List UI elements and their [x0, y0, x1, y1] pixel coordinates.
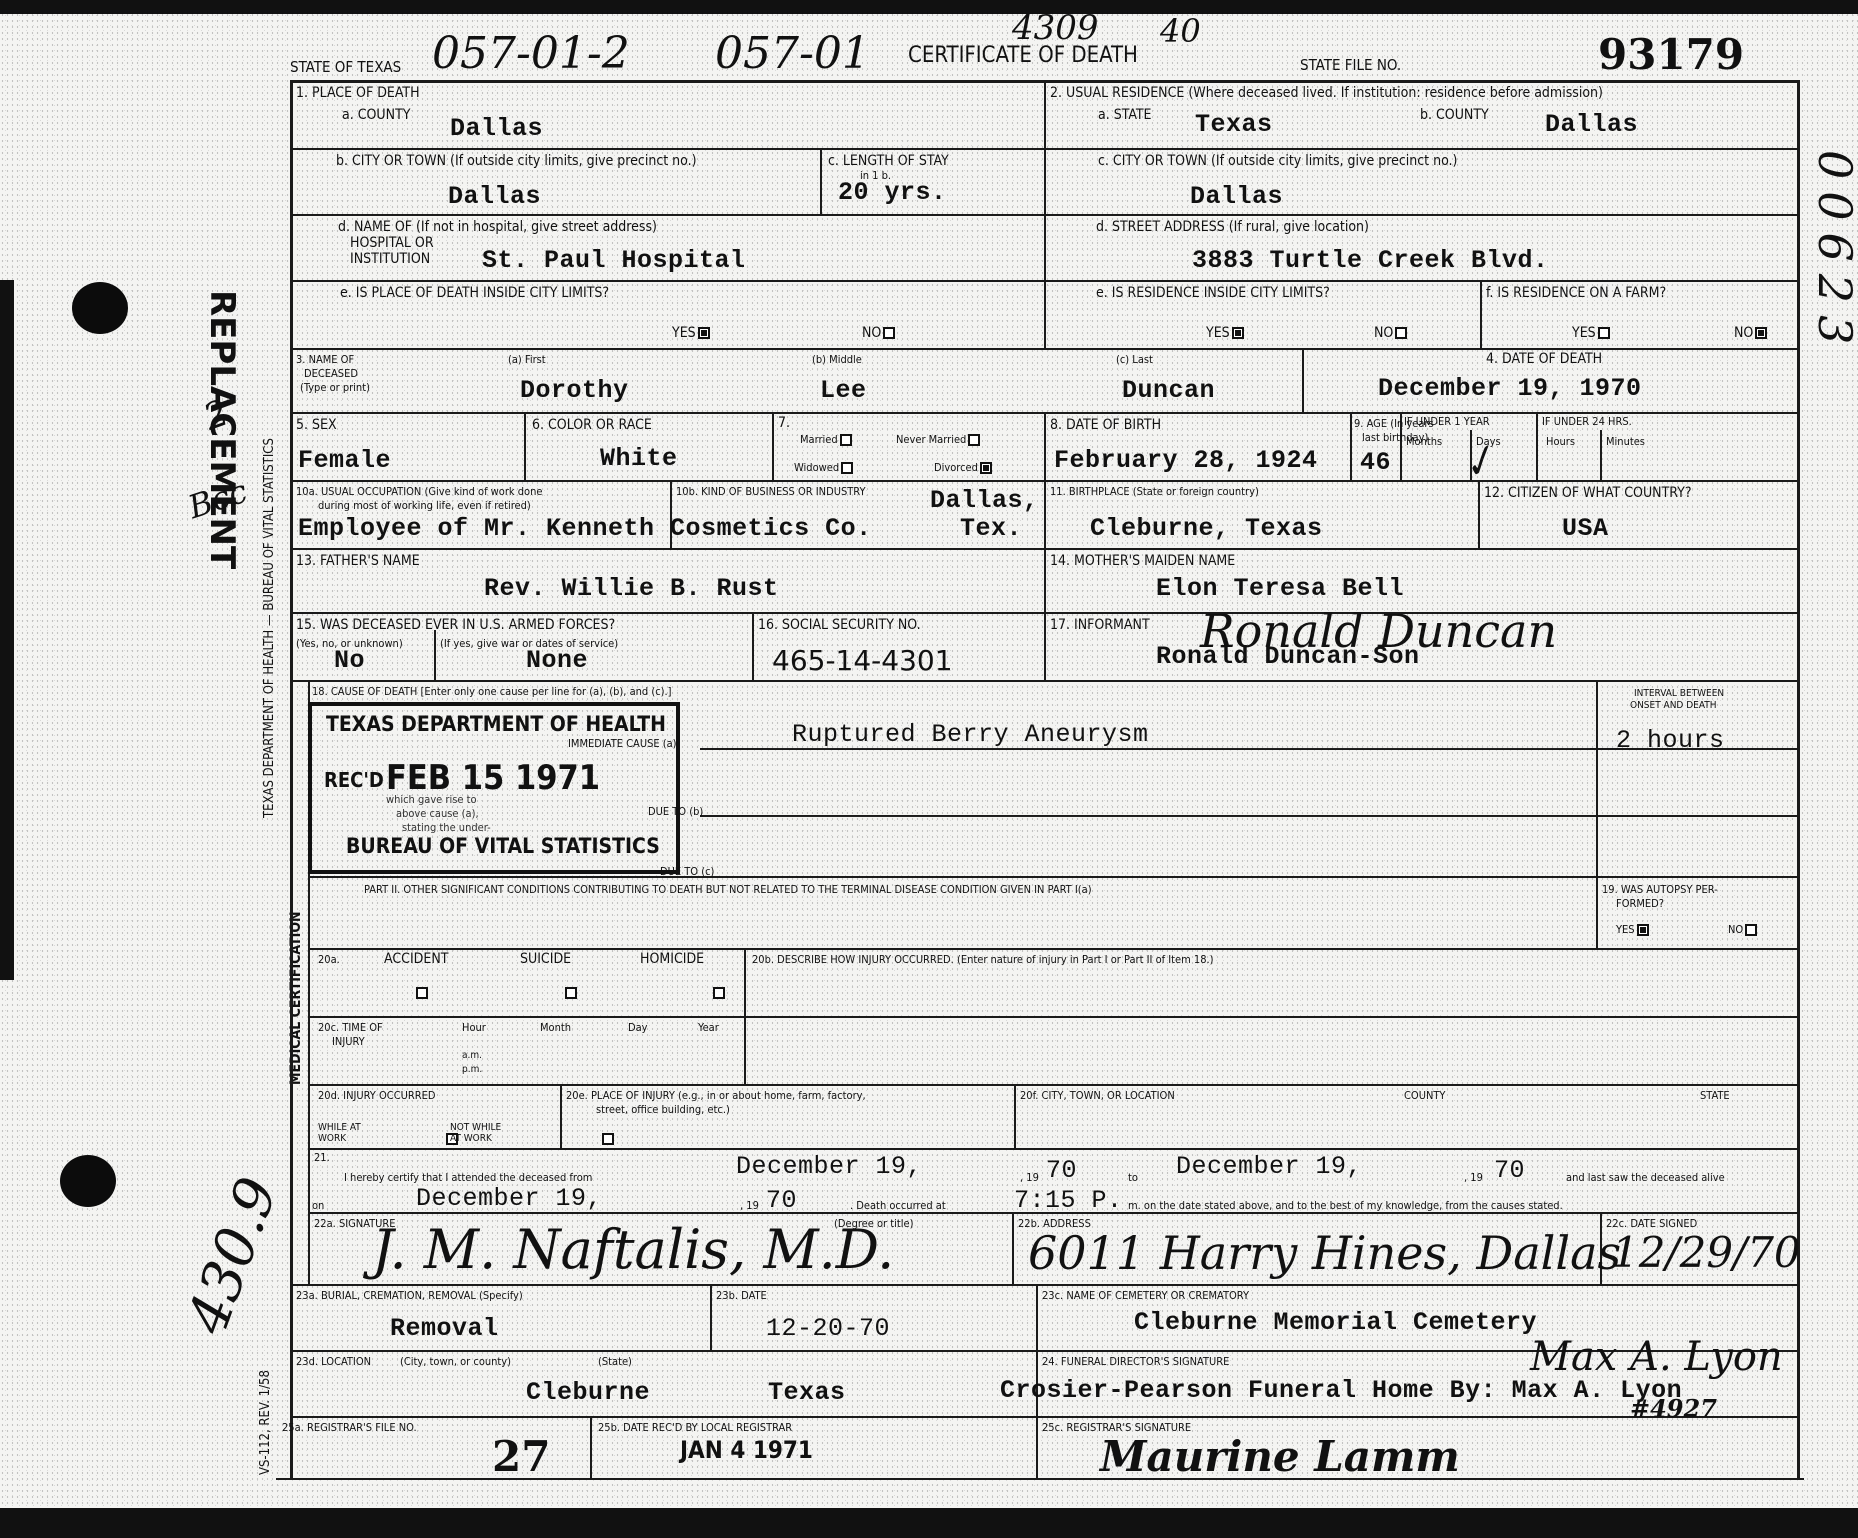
rule-v — [1536, 412, 1538, 480]
length-of-stay-label: c. LENGTH OF STAY — [828, 154, 949, 169]
physician-address: 6011 Harry Hines, Dallas — [1028, 1226, 1621, 1280]
father-field[interactable]: Rev. Willie B. Rust — [484, 574, 779, 603]
checkbox-unchecked[interactable] — [840, 434, 852, 446]
citizen-field[interactable]: USA — [1562, 514, 1609, 543]
attended-from-date[interactable]: December 19, — [736, 1152, 922, 1181]
autopsy-label-2: FORMED? — [1616, 898, 1664, 910]
residence-county-label: b. COUNTY — [1420, 108, 1489, 123]
rule-v — [1012, 1212, 1014, 1284]
age-field[interactable]: 46 — [1360, 448, 1391, 477]
handwritten-code-1: 057-01-2 — [432, 28, 630, 79]
rule-v — [590, 1416, 592, 1480]
physician-signature: J. M. Naftalis, M.D. — [372, 1218, 894, 1281]
injury-city-label: 20f. CITY, TOWN, OR LOCATION — [1020, 1090, 1175, 1102]
farm-yes[interactable]: YES — [1572, 326, 1610, 341]
dob-field[interactable]: February 28, 1924 — [1054, 446, 1318, 475]
checkbox-unchecked[interactable] — [1745, 924, 1757, 936]
homicide-checkbox[interactable] — [713, 987, 725, 999]
rule-v — [752, 612, 754, 680]
stamp-bureau: BUREAU OF VITAL STATISTICS — [346, 834, 660, 858]
rule — [310, 876, 1800, 878]
business-field-1[interactable]: Dallas, — [930, 486, 1039, 515]
not-while-at-work-label: NOT WHILEAT WORK — [450, 1122, 501, 1144]
months-label: Months — [1406, 436, 1442, 448]
rule-v — [434, 630, 436, 680]
sex-label: 5. SEX — [296, 418, 337, 433]
residence-inside-limits-yes[interactable]: YES — [1206, 326, 1244, 341]
time-of-injury-label-2: INJURY — [332, 1036, 365, 1048]
hour-label: Hour — [462, 1022, 486, 1034]
hospital-field[interactable]: St. Paul Hospital — [482, 246, 746, 275]
cemetery-field[interactable]: Cleburne Memorial Cemetery — [1134, 1308, 1537, 1337]
funeral-director-signature: Max A. Lyon — [1530, 1334, 1783, 1380]
registrar-date-field[interactable]: JAN 4 1971 — [680, 1436, 813, 1464]
certify-text-3: m. on the date stated above, and to the … — [1128, 1200, 1563, 1212]
received-stamp: TEXAS DEPARTMENT OF HEALTH REC'D FEB 15 … — [308, 702, 680, 874]
never-married-option[interactable]: Never Married — [896, 434, 980, 446]
business-field-2[interactable]: Tex. — [960, 514, 1022, 543]
death-time-field[interactable]: 7:15 P. — [1014, 1186, 1123, 1215]
state-label: STATE OF TEXAS — [290, 60, 401, 75]
name-label-3: (Type or print) — [300, 382, 370, 394]
date-of-death-label: 4. DATE OF DEATH — [1486, 352, 1602, 367]
under-year-label: IF UNDER 1 YEAR — [1404, 416, 1490, 428]
autopsy-no[interactable]: NO — [1728, 924, 1757, 936]
length-of-stay-field[interactable]: 20 yrs. — [838, 178, 947, 207]
on-year-prefix: , 19 — [740, 1200, 759, 1212]
widowed-option[interactable]: Widowed — [794, 462, 853, 474]
registrar-file-label: 25a. REGISTRAR'S FILE NO. — [282, 1422, 417, 1434]
location-city-sublabel: (City, town, or county) — [400, 1356, 511, 1368]
residence-county-field[interactable]: Dallas — [1545, 110, 1638, 139]
rule-v — [524, 412, 526, 480]
date-of-death-field[interactable]: December 19, 1970 — [1378, 374, 1642, 403]
last-name-field[interactable]: Duncan — [1122, 376, 1215, 405]
armed-forces-label: 15. WAS DECEASED EVER IN U.S. ARMED FORC… — [296, 618, 615, 633]
rule-v — [1600, 430, 1602, 480]
part-2-label: PART II. OTHER SIGNIFICANT CONDITIONS CO… — [364, 884, 1092, 896]
place-of-death-label: 1. PLACE OF DEATH — [296, 86, 420, 101]
location-state-field[interactable]: Texas — [768, 1378, 846, 1407]
not-while-at-work-checkbox[interactable] — [602, 1133, 614, 1145]
first-name-field[interactable]: Dorothy — [520, 376, 629, 405]
place-of-injury-label-2: street, office building, etc.) — [596, 1104, 730, 1116]
checkbox-checked[interactable] — [1755, 327, 1767, 339]
checkbox-checked[interactable] — [1637, 924, 1649, 936]
informant-field[interactable]: Ronald Duncan-Son — [1156, 642, 1420, 671]
hospital-label: d. NAME OF (If not in hospital, give str… — [338, 220, 657, 235]
rule-v — [710, 1284, 712, 1350]
rule — [310, 948, 1800, 950]
name-label-1: 3. NAME OF — [296, 354, 354, 366]
burial-label: 23a. BURIAL, CREMATION, REMOVAL (Specify… — [296, 1290, 523, 1302]
ssn-field[interactable]: 465-14-4301 — [772, 644, 953, 677]
date-signed-field: 12/29/70 — [1612, 1228, 1801, 1277]
accident-checkbox[interactable] — [416, 987, 428, 999]
middle-name-label: (b) Middle — [812, 354, 862, 366]
injury-20a-label: 20a. — [318, 954, 340, 966]
armed-forces-field[interactable]: No — [334, 646, 365, 675]
rule-v — [1478, 480, 1480, 548]
death-county-field[interactable]: Dallas — [450, 114, 543, 143]
death-city-field[interactable]: Dallas — [448, 182, 541, 211]
disposition-date-label: 23b. DATE — [716, 1290, 767, 1302]
handwritten-code-2: 057-01 — [715, 28, 870, 79]
immediate-cause-field[interactable]: Ruptured Berry Aneurysm — [792, 720, 1149, 749]
handwritten-number-2: 40 — [1160, 12, 1201, 50]
interval-label-1: INTERVAL BETWEEN — [1634, 688, 1724, 699]
location-label: 23d. LOCATION — [296, 1356, 371, 1368]
cause-of-death-label: 18. CAUSE OF DEATH [Enter only one cause… — [312, 686, 672, 698]
informant-label: 17. INFORMANT — [1050, 618, 1150, 633]
scan-edge-bottom — [0, 1508, 1858, 1538]
business-label: 10b. KIND OF BUSINESS OR INDUSTRY — [676, 486, 865, 498]
last-seen-year[interactable]: 70 — [766, 1186, 797, 1215]
form-number: VS-112, REV. 1/58 — [258, 1370, 273, 1475]
describe-injury-label: 20b. DESCRIBE HOW INJURY OCCURRED. (Ente… — [752, 954, 1214, 966]
hours-label: Hours — [1546, 436, 1575, 448]
registrar-file-number[interactable]: 27 — [492, 1432, 550, 1481]
certify-text-2: and last saw the deceased alive — [1566, 1172, 1725, 1184]
funeral-director-field[interactable]: Crosier-Pearson Funeral Home By: Max A. … — [1000, 1376, 1682, 1405]
rule-v — [1036, 1416, 1038, 1480]
conditions-label-4: stating the under- — [402, 822, 491, 834]
ssn-label: 16. SOCIAL SECURITY NO. — [758, 618, 921, 633]
sex-field[interactable]: Female — [298, 446, 391, 475]
attended-to-year[interactable]: 70 — [1494, 1156, 1525, 1185]
certify-text-1: I hereby certify that I attended the dec… — [344, 1172, 592, 1184]
rule-v — [560, 1084, 562, 1148]
mother-label: 14. MOTHER'S MAIDEN NAME — [1050, 554, 1235, 569]
funeral-license: #4927 — [1630, 1394, 1717, 1423]
father-label: 13. FATHER'S NAME — [296, 554, 420, 569]
residence-state-label: a. STATE — [1098, 108, 1152, 123]
checkbox-checked[interactable] — [1232, 327, 1244, 339]
on-label: on — [312, 1200, 324, 1212]
residence-state-field[interactable]: Texas — [1195, 110, 1273, 139]
to-year-prefix: , 19 — [1464, 1172, 1483, 1184]
scan-edge-top — [0, 0, 1858, 14]
conditions-label-3: above cause (a), — [396, 808, 479, 820]
rule — [310, 1084, 1800, 1086]
rule-v — [1596, 680, 1598, 948]
suicide-checkbox[interactable] — [565, 987, 577, 999]
residence-inside-limits-no[interactable]: NO — [1374, 326, 1407, 341]
injury-county-label: COUNTY — [1404, 1090, 1445, 1102]
birthplace-label: 11. BIRTHPLACE (State or foreign country… — [1050, 486, 1259, 498]
citizen-label: 12. CITIZEN OF WHAT COUNTRY? — [1484, 486, 1692, 501]
residence-inside-limits-label: e. IS RESIDENCE INSIDE CITY LIMITS? — [1096, 286, 1330, 301]
residence-city-field[interactable]: Dallas — [1190, 182, 1283, 211]
farm-no[interactable]: NO — [1734, 326, 1767, 341]
registrar-signature: Maurine Lamm — [1100, 1432, 1460, 1481]
underline — [740, 816, 1590, 817]
usual-residence-label: 2. USUAL RESIDENCE (Where deceased lived… — [1050, 86, 1603, 101]
to-label: to — [1128, 1172, 1138, 1184]
middle-name-field[interactable]: Lee — [820, 376, 867, 405]
rule-v — [820, 148, 822, 214]
farm-label: f. IS RESIDENCE ON A FARM? — [1486, 286, 1666, 301]
city-label: b. CITY OR TOWN (If outside city limits,… — [336, 154, 697, 169]
divorced-option[interactable]: Divorced — [934, 462, 992, 474]
injury-state-label: STATE — [1700, 1090, 1730, 1102]
rule — [290, 1416, 1800, 1418]
interval-field[interactable]: 2 hours — [1616, 726, 1725, 755]
marital-label: 7. — [778, 416, 790, 431]
attended-from-year[interactable]: 70 — [1046, 1156, 1077, 1185]
rule-v — [1044, 412, 1046, 682]
service-field[interactable]: None — [526, 646, 588, 675]
rule-v — [1302, 348, 1304, 412]
autopsy-label-1: 19. WAS AUTOPSY PER- — [1602, 884, 1718, 896]
pm-label: p.m. — [462, 1064, 482, 1075]
occupation-field[interactable]: Employee of Mr. Kenneth Cosmetics Co. — [298, 514, 872, 543]
inside-city-limits-label: e. IS PLACE OF DEATH INSIDE CITY LIMITS? — [340, 286, 609, 301]
interval-label-2: ONSET AND DEATH — [1630, 700, 1716, 711]
checkbox-checked[interactable] — [698, 327, 710, 339]
rule-v — [772, 412, 774, 480]
name-label-2: DECEASED — [304, 368, 358, 380]
married-option[interactable]: Married — [800, 434, 852, 446]
checkbox-unchecked[interactable] — [968, 434, 980, 446]
funeral-director-label: 24. FUNERAL DIRECTOR'S SIGNATURE — [1042, 1356, 1229, 1368]
race-label: 6. COLOR OR RACE — [532, 418, 652, 433]
dob-label: 8. DATE OF BIRTH — [1050, 418, 1161, 433]
checkbox-unchecked[interactable] — [883, 327, 895, 339]
hospital-label-2: HOSPITAL OR — [350, 236, 434, 251]
street-address-field[interactable]: 3883 Turtle Creek Blvd. — [1192, 246, 1549, 275]
rule-v — [1044, 80, 1046, 348]
autopsy-yes[interactable]: YES — [1616, 924, 1649, 936]
last-name-label: (c) Last — [1116, 354, 1153, 366]
state-file-number: 93179 — [1598, 30, 1744, 79]
punch-hole-top — [72, 282, 128, 334]
year-label: Year — [698, 1022, 719, 1034]
checkbox-unchecked[interactable] — [1598, 327, 1610, 339]
handwritten-number-1: 4309 — [1012, 8, 1099, 48]
certification-number: 21. — [314, 1152, 330, 1164]
disposition-date-field[interactable]: 12-20-70 — [766, 1314, 890, 1343]
rule-v — [1014, 1084, 1016, 1148]
minutes-label: Minutes — [1606, 436, 1645, 448]
location-city-field[interactable]: Cleburne — [526, 1378, 650, 1407]
rule-v — [1350, 412, 1352, 480]
from-year-prefix: , 19 — [1020, 1172, 1039, 1184]
occupation-label-1: 10a. USUAL OCCUPATION (Give kind of work… — [296, 486, 542, 498]
rule — [290, 1284, 1800, 1286]
race-field[interactable]: White — [600, 444, 678, 473]
rule-v — [1480, 280, 1482, 348]
while-at-work-label: WHILE ATWORK — [318, 1122, 361, 1144]
death-inside-limits-no[interactable]: NO — [862, 326, 895, 341]
cemetery-label: 23c. NAME OF CEMETERY OR CREMATORY — [1042, 1290, 1249, 1302]
stamp-department: TEXAS DEPARTMENT OF HEALTH — [326, 712, 666, 736]
checkbox-unchecked[interactable] — [841, 462, 853, 474]
place-of-injury-label-1: 20e. PLACE OF INJURY (e.g., in or about … — [566, 1090, 866, 1102]
death-inside-limits-yes[interactable]: YES — [672, 326, 710, 341]
punch-hole-bottom — [60, 1155, 116, 1207]
month-label: Month — [540, 1022, 571, 1034]
state-file-label: STATE FILE NO. — [1300, 58, 1401, 73]
checkbox-checked[interactable] — [980, 462, 992, 474]
right-margin-handwritten: 00623 — [1808, 150, 1858, 356]
stamp-date: FEB 15 1971 — [386, 758, 600, 798]
county-label: a. COUNTY — [342, 108, 410, 123]
checkbox-unchecked[interactable] — [1395, 327, 1407, 339]
location-state-sublabel: (State) — [598, 1356, 632, 1368]
conditions-label-2: which gave rise to — [386, 794, 477, 806]
scan-edge-left — [0, 280, 14, 980]
underline — [770, 748, 1590, 749]
rule — [310, 1148, 1800, 1150]
street-address-label: d. STREET ADDRESS (If rural, give locati… — [1096, 220, 1369, 235]
occupation-label-2: during most of working life, even if ret… — [318, 500, 531, 512]
time-of-injury-label-1: 20c. TIME OF — [318, 1022, 383, 1034]
accident-label: ACCIDENT — [384, 952, 448, 967]
agency-vertical-label: TEXAS DEPARTMENT OF HEALTH — BUREAU OF V… — [262, 438, 277, 818]
birthplace-field[interactable]: Cleburne, Texas — [1090, 514, 1323, 543]
death-occurred-label: . Death occurred at — [850, 1200, 946, 1212]
rule — [290, 348, 1800, 350]
rule — [310, 1016, 1800, 1018]
injury-occurred-label: 20d. INJURY OCCURRED — [318, 1090, 435, 1102]
stamp-recd: REC'D — [324, 768, 384, 792]
last-seen-date[interactable]: December 19, — [416, 1184, 602, 1213]
hospital-label-3: INSTITUTION — [350, 252, 430, 267]
registrar-date-label: 25b. DATE REC'D BY LOCAL REGISTRAR — [598, 1422, 792, 1434]
rule-v — [744, 948, 746, 1084]
mother-field[interactable]: Elon Teresa Bell — [1156, 574, 1404, 603]
burial-field[interactable]: Removal — [390, 1314, 499, 1343]
day-label: Day — [628, 1022, 648, 1034]
attended-to-date[interactable]: December 19, — [1176, 1152, 1362, 1181]
residence-city-label: c. CITY OR TOWN (If outside city limits,… — [1098, 154, 1457, 169]
am-label: a.m. — [462, 1050, 482, 1061]
under-24-label: IF UNDER 24 HRS. — [1542, 416, 1632, 428]
first-name-label: (a) First — [508, 354, 546, 366]
suicide-label: SUICIDE — [520, 952, 571, 967]
homicide-label: HOMICIDE — [640, 952, 704, 967]
